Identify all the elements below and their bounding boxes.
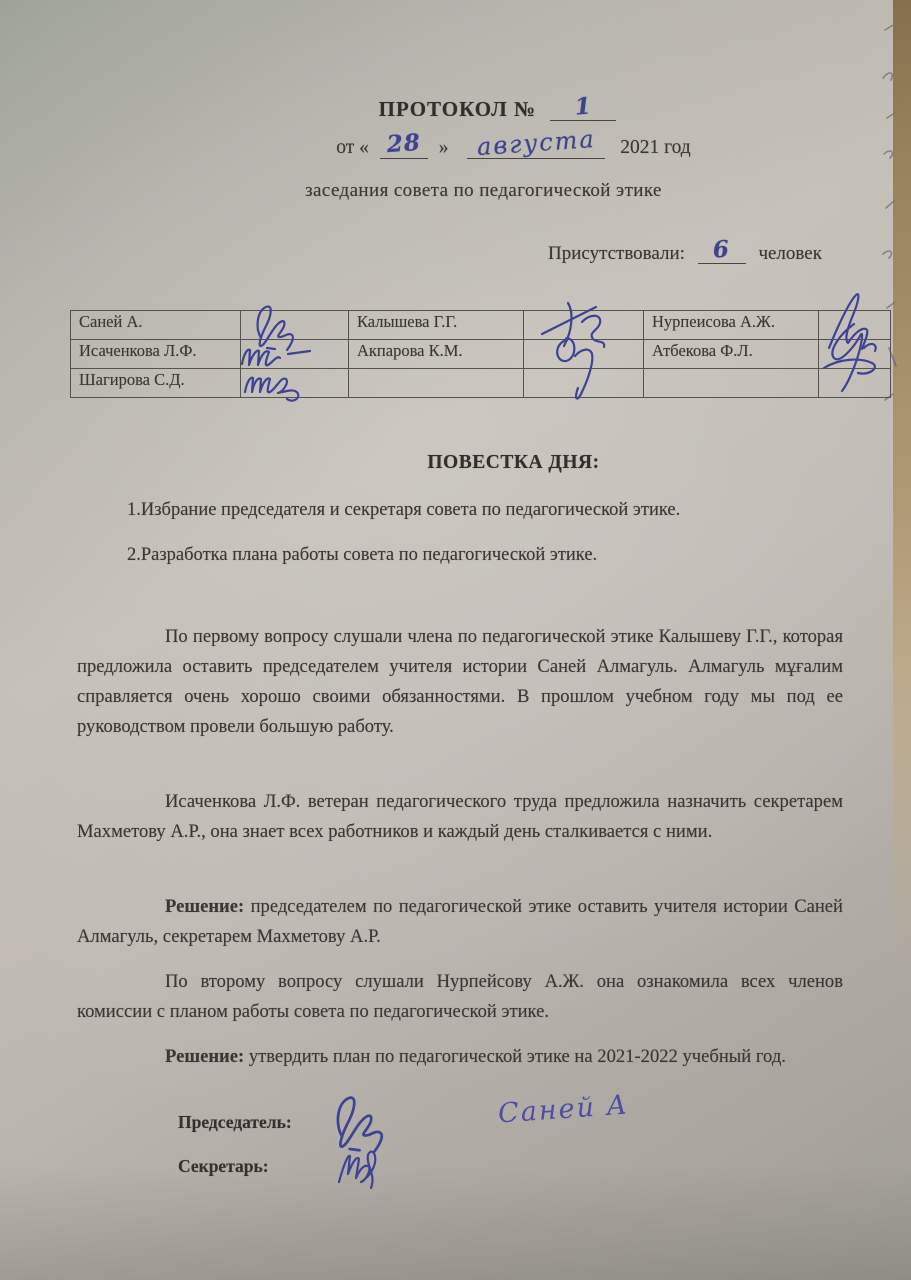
member-name-cell: Акпарова К.М.: [349, 340, 524, 369]
decision-label: Решение:: [165, 1046, 244, 1067]
chairman-signature-scribble: [318, 1092, 406, 1154]
document-subtitle: заседания совета по педагогической этике: [0, 180, 911, 202]
signature-cell: [819, 340, 891, 369]
agenda-item: 2.Разработка плана работы совета по педа…: [127, 545, 597, 566]
member-name-cell: Саней А.: [71, 311, 241, 340]
signature-cell: [241, 369, 349, 398]
date-prefix: от «: [336, 137, 369, 158]
chairman-handwritten-name: Саней А: [497, 1089, 630, 1129]
protocol-number-field: 1: [550, 97, 616, 121]
attendees-line: Присутствовали: 6 человек: [548, 240, 822, 265]
empty-cell: [819, 369, 891, 398]
member-name-cell: Нурпеисова А.Ж.: [644, 311, 819, 340]
date-day-handwritten: 28: [386, 131, 422, 156]
paragraph-decision-2: Решение: утвердить план по педагогическо…: [77, 1042, 843, 1072]
agenda-title: ПОВЕСТКА ДНЯ:: [0, 452, 911, 474]
table-row: Шагирова С.Д.: [71, 369, 891, 398]
paragraph-second-question: По второму вопросу слушали Нурпейсову А.…: [77, 967, 843, 1027]
secretary-label: Секретарь:: [178, 1156, 269, 1177]
empty-cell: [524, 369, 644, 398]
attendees-count-field: 6: [698, 240, 746, 264]
member-name-cell: Калышева Г.Г.: [349, 311, 524, 340]
document-page: ПРОТОКОЛ № 1 от « 28 » августа 2021 год …: [0, 0, 911, 1280]
attendees-label: Присутствовали:: [548, 243, 685, 264]
paragraph-decision-1: Решение: председателем по педагогической…: [77, 892, 843, 952]
decision-text: утвердить план по педагогической этике н…: [249, 1046, 786, 1067]
signature-cell: [524, 311, 644, 340]
date-month-field: августа: [467, 133, 605, 159]
chairman-label: Председатель:: [178, 1112, 292, 1133]
date-quote-close: »: [439, 137, 449, 158]
signature-cell: [241, 340, 349, 369]
attendees-count-handwritten: 6: [712, 237, 731, 261]
decision-label: Решение:: [165, 896, 244, 917]
agenda-item: 1.Избрание председателя и секретаря сове…: [127, 500, 680, 521]
paragraph-secretary-proposal: Исаченкова Л.Ф. ветеран педагогического …: [77, 787, 843, 847]
date-month-handwritten: августа: [476, 127, 596, 159]
member-name-cell: Атбекова Ф.Л.: [644, 340, 819, 369]
signature-cell: [241, 311, 349, 340]
signature-cell: [819, 311, 891, 340]
signature-cell: [524, 340, 644, 369]
protocol-label: ПРОТОКОЛ №: [379, 97, 536, 121]
table-row: Саней А. Калышева Г.Г. Нурпеисова А.Ж.: [71, 311, 891, 340]
empty-cell: [644, 369, 819, 398]
member-name-cell: Шагирова С.Д.: [71, 369, 241, 398]
members-signature-table: Саней А. Калышева Г.Г. Нурпеисова А.Ж. И…: [70, 310, 890, 393]
attendees-suffix: человек: [758, 243, 822, 264]
paragraph-first-question: По первому вопросу слушали члена по педа…: [77, 622, 843, 742]
date-year: 2021 год: [620, 137, 691, 158]
secretary-signature-scribble: [332, 1140, 392, 1198]
protocol-number-handwritten: 1: [574, 94, 593, 118]
table-row: Исаченкова Л.Ф. Акпарова К.М. Атбекова Ф…: [71, 340, 891, 369]
date-day-field: 28: [380, 134, 428, 159]
date-line: от « 28 » августа 2021 год: [0, 133, 911, 159]
document-title-line: ПРОТОКОЛ № 1: [0, 97, 911, 122]
empty-cell: [349, 369, 524, 398]
member-name-cell: Исаченкова Л.Ф.: [71, 340, 241, 369]
